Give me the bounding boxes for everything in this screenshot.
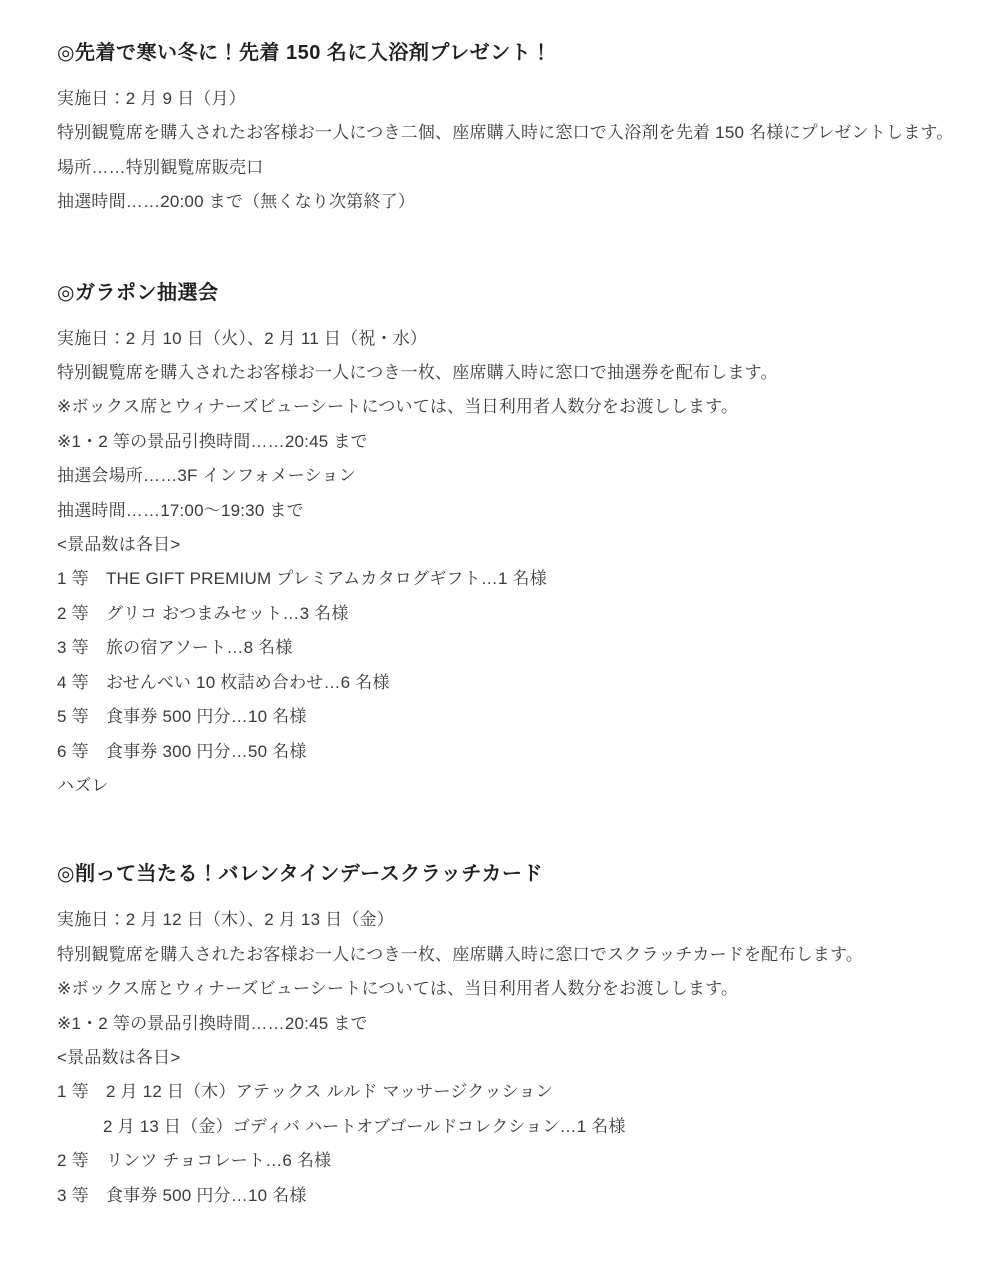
text-line: 特別観覧席を購入されたお客様お一人につき一枚、座席購入時に窓口で抽選券を配布しま… xyxy=(57,356,960,390)
promo-section: ◎ガラポン抽選会 実施日：2 月 10 日（火）、2 月 11 日（祝・水）特別… xyxy=(57,278,960,804)
text-line: 特別観覧席を購入されたお客様お一人につき一枚、座席購入時に窓口でスクラッチカード… xyxy=(57,938,960,972)
text-line: 実施日：2 月 12 日（木）、2 月 13 日（金） xyxy=(57,903,960,937)
document-body: ◎先着で寒い冬に！先着 150 名に入浴剤プレゼント！ 実施日：2 月 9 日（… xyxy=(57,38,960,1213)
text-line: 特別観覧席を購入されたお客様お一人につき二個、座席購入時に窓口で入浴剤を先着 1… xyxy=(57,116,960,150)
promo-section: ◎削って当たる！バレンタインデースクラッチカード 実施日：2 月 12 日（木）… xyxy=(57,859,960,1213)
text-line: 1 等 2 月 12 日（木）アテックス ルルド マッサージクッション xyxy=(57,1075,960,1109)
text-line: 1 等 THE GIFT PREMIUM プレミアムカタログギフト…1 名様 xyxy=(57,562,960,596)
text-line: 4 等 おせんべい 10 枚詰め合わせ…6 名様 xyxy=(57,666,960,700)
promo-section: ◎先着で寒い冬に！先着 150 名に入浴剤プレゼント！ 実施日：2 月 9 日（… xyxy=(57,38,960,220)
section-title: ◎ガラポン抽選会 xyxy=(57,278,960,308)
text-line: ハズレ xyxy=(57,769,960,803)
section-lines: 実施日：2 月 10 日（火）、2 月 11 日（祝・水）特別観覧席を購入された… xyxy=(57,322,960,804)
text-line: 6 等 食事券 300 円分…50 名様 xyxy=(57,735,960,769)
text-line: <景品数は各日> xyxy=(57,528,960,562)
section-lines: 実施日：2 月 12 日（木）、2 月 13 日（金）特別観覧席を購入されたお客… xyxy=(57,903,960,1213)
text-line: 実施日：2 月 9 日（月） xyxy=(57,82,960,116)
text-line: ※1・2 等の景品引換時間……20:45 まで xyxy=(57,425,960,459)
text-line: 抽選会場所……3F インフォメーション xyxy=(57,459,960,493)
text-line: 抽選時間……20:00 まで（無くなり次第終了） xyxy=(57,185,960,219)
section-title: ◎先着で寒い冬に！先着 150 名に入浴剤プレゼント！ xyxy=(57,38,960,68)
text-line: 場所……特別観覧席販売口 xyxy=(57,151,960,185)
text-line: 実施日：2 月 10 日（火）、2 月 11 日（祝・水） xyxy=(57,322,960,356)
text-line: 3 等 食事券 500 円分…10 名様 xyxy=(57,1179,960,1213)
text-line: ※1・2 等の景品引換時間……20:45 まで xyxy=(57,1007,960,1041)
text-line: <景品数は各日> xyxy=(57,1041,960,1075)
text-line: 2 月 13 日（金）ゴディバ ハートオブゴールドコレクション…1 名様 xyxy=(57,1110,960,1144)
text-line: ※ボックス席とウィナーズビューシートについては、当日利用者人数分をお渡しします。 xyxy=(57,390,960,424)
text-line: ※ボックス席とウィナーズビューシートについては、当日利用者人数分をお渡しします。 xyxy=(57,972,960,1006)
text-line: 抽選時間……17:00～19:30 まで xyxy=(57,494,960,528)
text-line: 3 等 旅の宿アソート…8 名様 xyxy=(57,631,960,665)
document-page: ◎先着で寒い冬に！先着 150 名に入浴剤プレゼント！ 実施日：2 月 9 日（… xyxy=(0,0,1000,1268)
text-line: 2 等 グリコ おつまみセット…3 名様 xyxy=(57,597,960,631)
section-title: ◎削って当たる！バレンタインデースクラッチカード xyxy=(57,859,960,889)
text-line: 2 等 リンツ チョコレート…6 名様 xyxy=(57,1144,960,1178)
text-line: 5 等 食事券 500 円分…10 名様 xyxy=(57,700,960,734)
section-lines: 実施日：2 月 9 日（月）特別観覧席を購入されたお客様お一人につき二個、座席購… xyxy=(57,82,960,220)
